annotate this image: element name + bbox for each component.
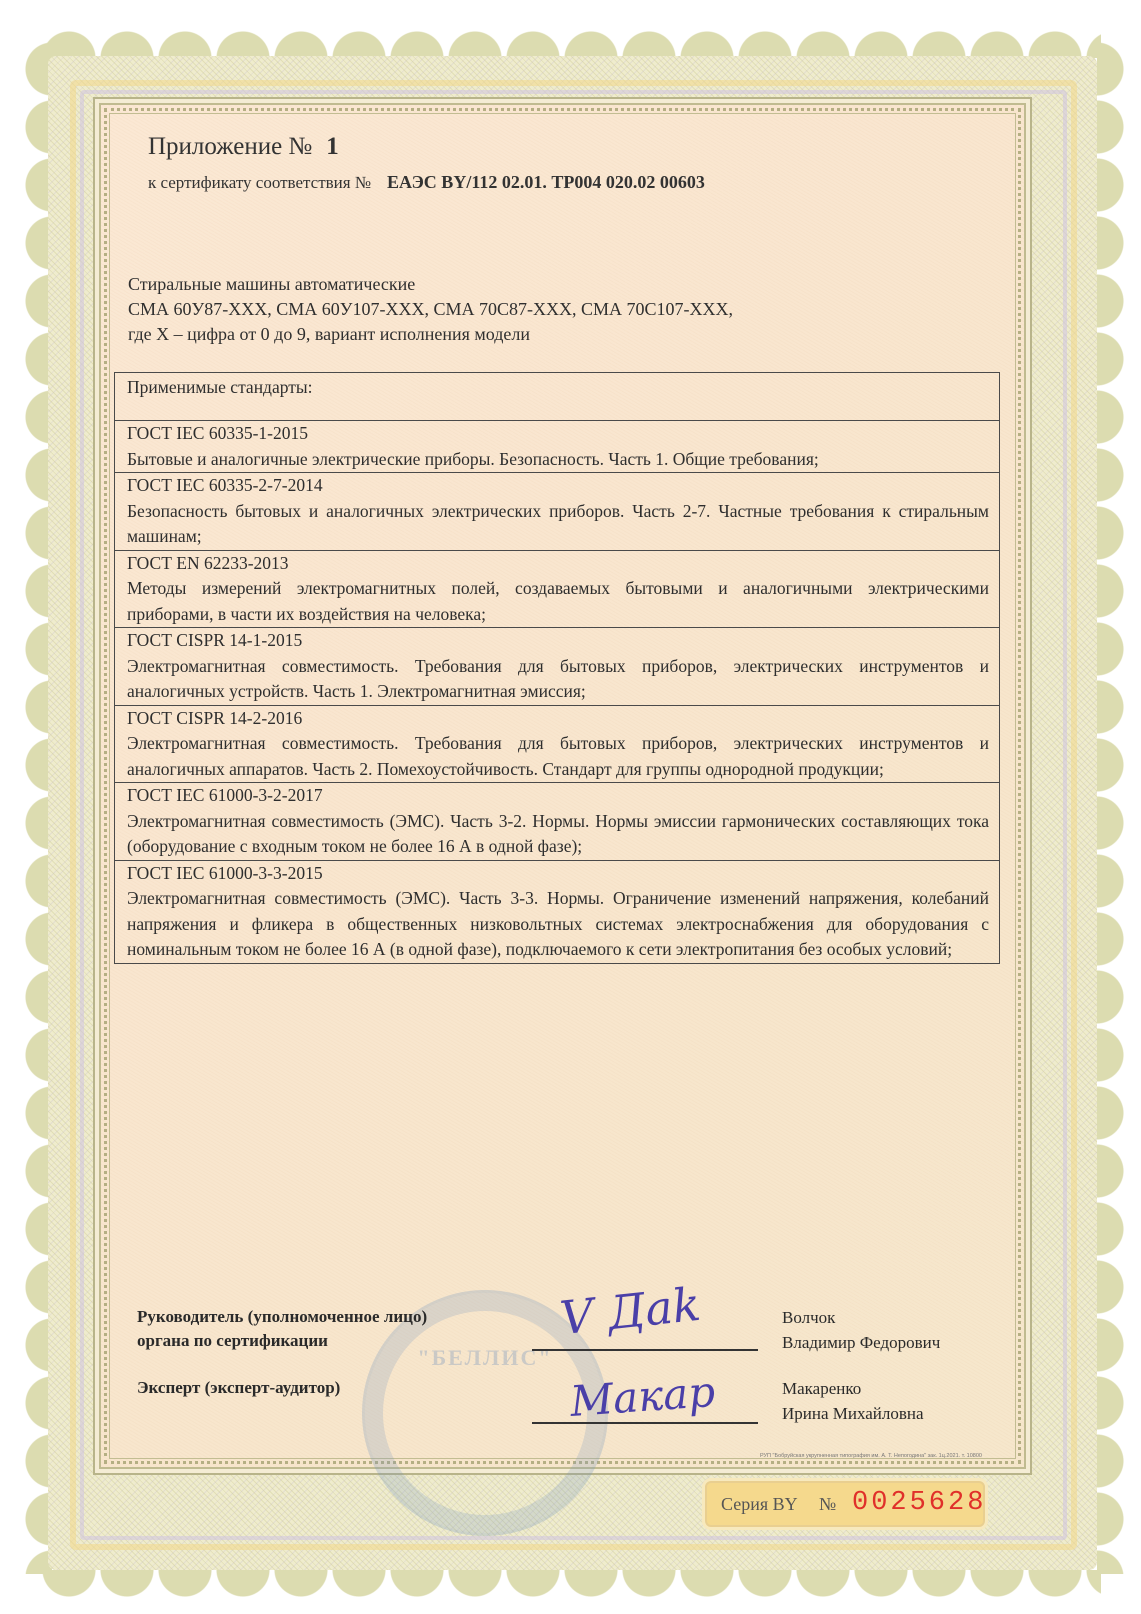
serial-number: 0025628	[852, 1488, 986, 1518]
head-surname: Волчок	[782, 1305, 940, 1330]
standard-code: ГОСТ CISPR 14-1-2015	[127, 628, 989, 654]
standard-cell: ГОСТ EN 62233-2013Методы измерений элект…	[115, 550, 1000, 628]
standard-row: ГОСТ IEC 61000-3-2-2017Электромагнитная …	[115, 783, 1000, 861]
annex-title: Приложение №1	[148, 133, 339, 161]
number-sign: №	[819, 1494, 836, 1515]
head-given-names: Владимир Федорович	[782, 1330, 940, 1355]
standard-cell: ГОСТ IEC 60335-2-7-2014Безопасность быто…	[115, 473, 1000, 551]
border-scallops-right	[1097, 40, 1127, 1574]
serial-number-box: Серия BY № 0025628	[705, 1481, 985, 1527]
standard-code: ГОСТ IEC 61000-3-2-2017	[127, 783, 989, 809]
standard-description: Электромагнитная совместимость (ЭМС). Ча…	[127, 886, 989, 963]
standard-code: ГОСТ EN 62233-2013	[127, 551, 989, 577]
series-label: Серия BY	[721, 1494, 798, 1515]
annex-label: Приложение №	[148, 133, 312, 160]
expert-surname: Макаренко	[782, 1376, 924, 1401]
standard-cell: ГОСТ CISPR 14-1-2015Электромагнитная сов…	[115, 628, 1000, 706]
head-name: Волчок Владимир Федорович	[782, 1305, 940, 1355]
standard-code: ГОСТ IEC 60335-2-7-2014	[127, 473, 989, 499]
standard-description: Бытовые и аналогичные электрические приб…	[127, 447, 989, 473]
standard-cell: ГОСТ IEC 61000-3-3-2015Электромагнитная …	[115, 860, 1000, 963]
standard-row: ГОСТ IEC 60335-2-7-2014Безопасность быто…	[115, 473, 1000, 551]
standards-table: Применимые стандарты: ГОСТ IEC 60335-1-2…	[114, 372, 1000, 964]
signature-expert: Макар	[568, 1367, 716, 1426]
standard-description: Электромагнитная совместимость. Требован…	[127, 731, 989, 782]
product-description: Стиральные машины автоматические СМА 60У…	[128, 272, 733, 347]
annex-number: 1	[326, 133, 339, 160]
signature-line-expert	[532, 1422, 758, 1424]
standard-description: Электромагнитная совместимость. Требован…	[127, 654, 989, 705]
head-role: Руководитель (уполномоченное лицо) орган…	[137, 1305, 427, 1353]
certificate-number: ЕАЭС BY/112 02.01. ТР004 020.02 00603	[387, 172, 705, 192]
standard-row: ГОСТ EN 62233-2013Методы измерений элект…	[115, 550, 1000, 628]
product-line: где Х – цифра от 0 до 9, вариант исполне…	[128, 322, 733, 347]
signature-line-head	[532, 1349, 758, 1351]
product-line: СМА 60У87-XXX, СМА 60У107-XXX, СМА 70С87…	[128, 297, 733, 322]
standard-code: ГОСТ IEC 60335-1-2015	[127, 421, 989, 447]
border-scallops-bottom	[40, 1570, 1101, 1600]
head-role-line: Руководитель (уполномоченное лицо)	[137, 1305, 427, 1329]
standard-description: Методы измерений электромагнитных полей,…	[127, 576, 989, 627]
head-role-line: органа по сертификации	[137, 1329, 427, 1353]
printer-note: РУП "Бобруйская укрупненная типография и…	[760, 1453, 982, 1459]
standard-row: ГОСТ IEC 61000-3-3-2015Электромагнитная …	[115, 860, 1000, 963]
border-scallops-top	[40, 28, 1101, 58]
standard-row: ГОСТ CISPR 14-2-2016Электромагнитная сов…	[115, 705, 1000, 783]
standard-code: ГОСТ CISPR 14-2-2016	[127, 706, 989, 732]
standard-cell: ГОСТ CISPR 14-2-2016Электромагнитная сов…	[115, 705, 1000, 783]
standard-row: ГОСТ CISPR 14-1-2015Электромагнитная сов…	[115, 628, 1000, 706]
product-line: Стиральные машины автоматические	[128, 272, 733, 297]
standard-cell: ГОСТ IEC 61000-3-2-2017Электромагнитная …	[115, 783, 1000, 861]
certificate-prefix: к сертификату соответствия №	[148, 173, 371, 192]
standards-header: Применимые стандарты:	[115, 373, 1000, 421]
standard-description: Электромагнитная совместимость (ЭМС). Ча…	[127, 809, 989, 860]
expert-name: Макаренко Ирина Михайловна	[782, 1376, 924, 1426]
standard-cell: ГОСТ IEC 60335-1-2015Бытовые и аналогичн…	[115, 421, 1000, 473]
standard-row: ГОСТ IEC 60335-1-2015Бытовые и аналогичн…	[115, 421, 1000, 473]
standard-description: Безопасность бытовых и аналогичных элект…	[127, 499, 989, 550]
expert-given-names: Ирина Михайловна	[782, 1401, 924, 1426]
standards-header-row: Применимые стандарты:	[115, 373, 1000, 421]
expert-role: Эксперт (эксперт-аудитор)	[137, 1376, 340, 1400]
certificate-reference: к сертификату соответствия №ЕАЭС BY/112 …	[148, 172, 705, 193]
standard-code: ГОСТ IEC 61000-3-3-2015	[127, 861, 989, 887]
